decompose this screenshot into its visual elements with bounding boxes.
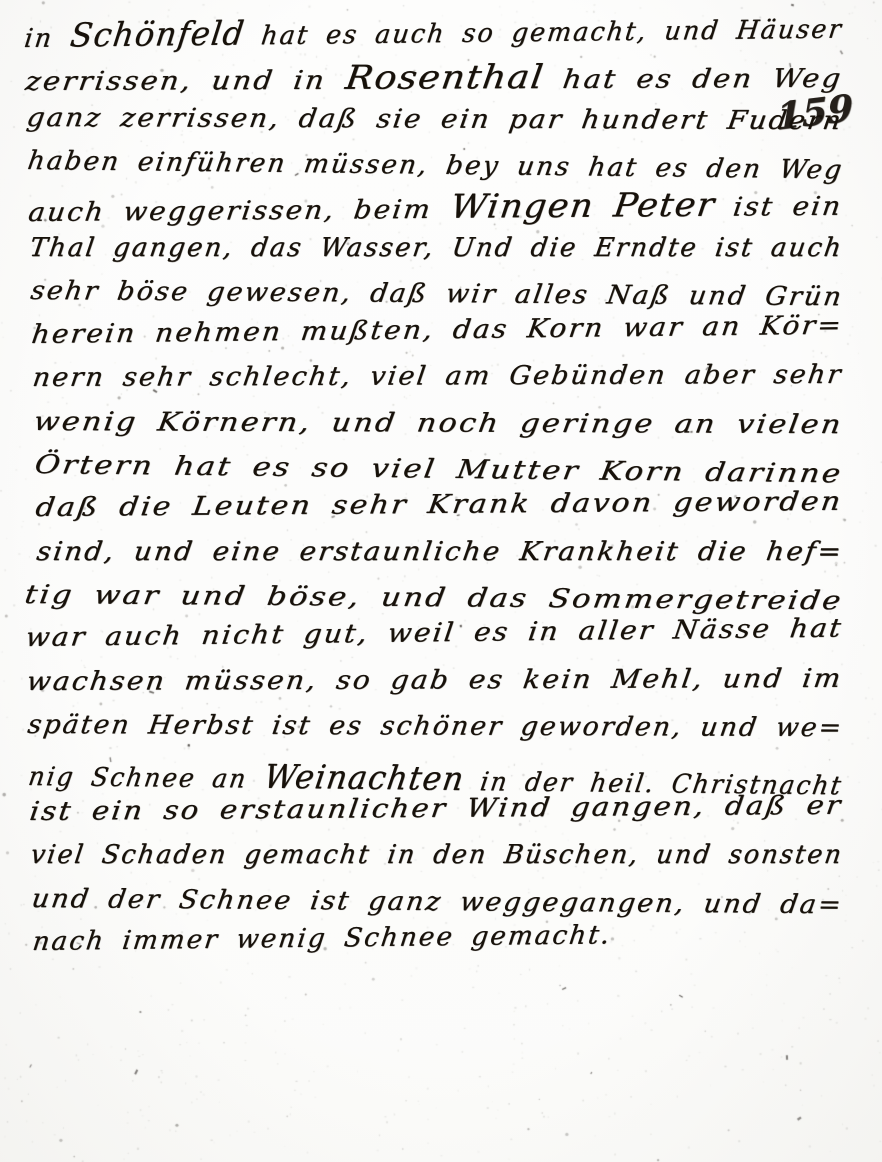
manuscript-line-text: zerrissen, und in Rosenthal hat es den W… <box>23 56 845 98</box>
manuscript-line: daß die Leuten sehr Krank davon geworden <box>35 493 862 536</box>
manuscript-line-text: viel Schaden gemacht in den Büschen, und… <box>29 840 845 870</box>
manuscript-line-text: daß die Leuten sehr Krank davon geworden <box>34 487 845 523</box>
manuscript-line: ist ein so erstaunlicher Wind gangen, da… <box>29 797 862 840</box>
manuscript-line-text: Örtern hat es so viel Mutter Korn darinn… <box>33 450 845 489</box>
manuscript-line-text: Thal gangen, das Wasser, Und die Erndte … <box>28 233 845 263</box>
handwriting-segment: nach immer wenig Schnee gemacht. <box>31 921 613 958</box>
manuscript-line-text: sind, und eine erstaunliche Krankheit di… <box>35 537 845 567</box>
proper-noun-emphasis: Rosenthal <box>343 57 547 97</box>
manuscript-line: und der Schnee ist ganz weggegangen, und… <box>31 884 862 927</box>
handwriting-segment: wachsen müssen, so gab es kein Mehl, und… <box>25 664 845 697</box>
handwriting-segment: und der Schnee ist ganz weggegangen, und… <box>30 884 845 920</box>
manuscript-line: wenig Körnern, und noch geringe an viele… <box>33 407 862 450</box>
manuscript-line: ganz zerrissen, daß sie ein par hundert … <box>26 103 862 146</box>
manuscript-line: in Schönfeld hat es auch so gemacht, und… <box>24 16 862 59</box>
manuscript-line: war auch nicht gut, weil es in aller Näs… <box>25 623 862 666</box>
manuscript-line-text: wachsen müssen, so gab es kein Mehl, und… <box>25 664 845 697</box>
manuscript-line: Thal gangen, das Wasser, Und die Erndte … <box>29 233 862 276</box>
handwriting-segment: in <box>23 23 72 54</box>
handwriting-segment: Örtern hat es so viel Mutter Korn darinn… <box>33 450 845 489</box>
manuscript-line-text: wenig Körnern, und noch geringe an viele… <box>32 407 845 440</box>
handwriting-segment: ist ein <box>713 191 845 222</box>
handwriting-segment: hat es auch so gemacht, und Häuser <box>242 15 844 52</box>
handwriting-segment: auch weggerissen, beim <box>27 194 453 227</box>
proper-noun-emphasis: Schönfeld <box>68 13 247 54</box>
handwriting-segment: wenig Körnern, und noch geringe an viele… <box>32 407 845 440</box>
proper-noun-emphasis: Weinachten <box>262 756 468 797</box>
manuscript-line-text: späten Herbst ist es schöner geworden, u… <box>26 710 846 743</box>
manuscript-text-layer: in Schönfeld hat es auch so gemacht, und… <box>30 16 862 971</box>
page-number-marginalia: 159 <box>776 85 853 139</box>
manuscript-line-text: ganz zerrissen, daß sie ein par hundert … <box>25 103 845 136</box>
handwriting-segment: späten Herbst ist es schöner geworden, u… <box>26 710 846 743</box>
handwriting-segment: tig war und böse, und das Sommergetreide <box>23 580 845 616</box>
handwriting-segment: sind, und eine erstaunliche Krankheit di… <box>35 537 845 567</box>
manuscript-line: wachsen müssen, so gab es kein Mehl, und… <box>26 667 862 710</box>
manuscript-line-text: nern sehr schlecht, viel am Gebünden abe… <box>31 360 845 393</box>
handwriting-segment: viel Schaden gemacht in den Büschen, und… <box>29 840 845 870</box>
handwriting-segment: Thal gangen, das Wasser, Und die Erndte … <box>28 233 845 263</box>
manuscript-line: auch weggerissen, beim Wingen Peter ist … <box>28 190 862 233</box>
proper-noun-emphasis: Wingen Peter <box>448 184 718 225</box>
manuscript-line: nach immer wenig Schnee gemacht. <box>32 927 862 970</box>
manuscript-line-text: und der Schnee ist ganz weggegangen, und… <box>30 884 845 920</box>
manuscript-line: zerrissen, und in Rosenthal hat es den W… <box>25 59 862 102</box>
handwriting-segment: sehr böse gewesen, daß wir alles Naß und… <box>29 276 846 312</box>
manuscript-line: viel Schaden gemacht in den Büschen, und… <box>30 840 862 883</box>
manuscript-line: haben einführen müssen, bey uns hat es d… <box>27 146 862 189</box>
handwriting-segment: haben einführen müssen, bey uns hat es d… <box>26 146 846 185</box>
manuscript-line-text: haben einführen müssen, bey uns hat es d… <box>26 146 846 185</box>
handwriting-segment: zerrissen, und in <box>24 66 348 97</box>
manuscript-line: sind, und eine erstaunliche Krankheit di… <box>36 537 862 580</box>
manuscript-line-text: nach immer wenig Schnee gemacht. <box>31 921 613 958</box>
manuscript-line: nig Schnee an Weinachten in der heil. Ch… <box>28 754 862 797</box>
handwriting-segment: ist ein so erstaunlicher Wind gangen, da… <box>28 791 845 827</box>
handwriting-segment: nig Schnee an <box>26 762 266 795</box>
manuscript-line: herein nehmen mußten, das Korn war an Kö… <box>31 320 862 363</box>
manuscript-line: späten Herbst ist es schöner geworden, u… <box>27 710 862 753</box>
manuscript-line-text: auch weggerissen, beim Wingen Peter ist … <box>26 183 845 228</box>
manuscript-line-text: in Schönfeld hat es auch so gemacht, und… <box>22 7 845 55</box>
handwriting-segment: daß die Leuten sehr Krank davon geworden <box>34 487 845 523</box>
handwriting-segment: ganz zerrissen, daß sie ein par hundert … <box>25 103 845 136</box>
manuscript-scan: { "document": { "kind": "handwritten-man… <box>0 0 882 1162</box>
manuscript-line-text: tig war und böse, und das Sommergetreide <box>23 580 845 616</box>
manuscript-line-text: ist ein so erstaunlicher Wind gangen, da… <box>28 791 845 827</box>
handwriting-segment: nern sehr schlecht, viel am Gebünden abe… <box>31 360 845 393</box>
manuscript-line: nern sehr schlecht, viel am Gebünden abe… <box>32 363 862 406</box>
manuscript-line-text: sehr böse gewesen, daß wir alles Naß und… <box>29 276 846 312</box>
